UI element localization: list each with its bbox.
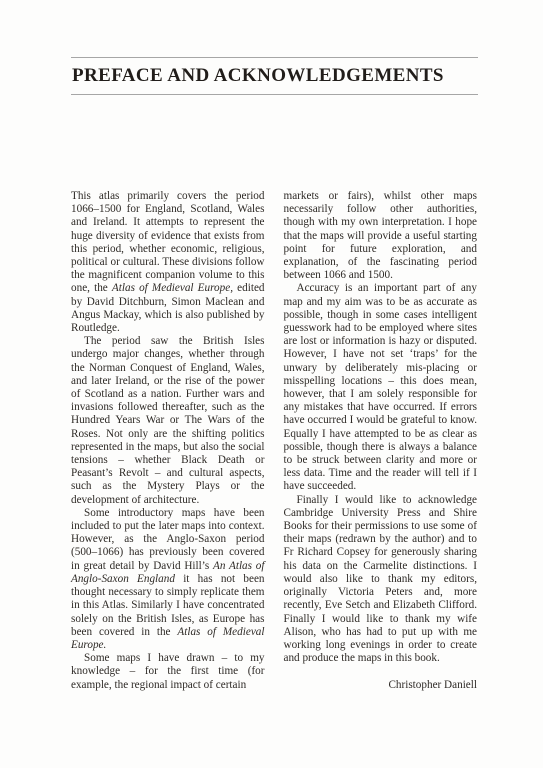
left-column: This atlas primarily covers the period 1… [71, 190, 265, 693]
body-text: Some maps I have drawn – to my knowledge… [71, 652, 265, 690]
paragraph: Some maps I have drawn – to my knowledge… [71, 652, 265, 692]
book-page: PREFACE AND ACKNOWLEDGEMENTS This atlas … [0, 0, 543, 768]
paragraph: This atlas primarily covers the period 1… [71, 190, 265, 335]
page-header: PREFACE AND ACKNOWLEDGEMENTS [71, 57, 478, 95]
paragraph: The period saw the British Isles undergo… [71, 335, 265, 507]
paragraph: markets or fairs), whilst other maps nec… [284, 190, 478, 282]
italic-text: Atlas of Medieval Europe, [112, 282, 233, 294]
signature: Christopher Daniell [284, 679, 478, 692]
body-text: This atlas primarily covers the period 1… [71, 190, 265, 294]
left-column-paragraphs: This atlas primarily covers the period 1… [71, 190, 265, 692]
page-body: This atlas primarily covers the period 1… [71, 190, 477, 693]
body-text: Finally I would like to acknowledge Camb… [284, 494, 478, 664]
body-text: markets or fairs), whilst other maps nec… [284, 190, 478, 281]
paragraph: Finally I would like to acknowledge Camb… [284, 494, 478, 666]
paragraph: Accuracy is an important part of any map… [284, 282, 478, 493]
paragraph: Some introductory maps have been include… [71, 507, 265, 652]
page-title: PREFACE AND ACKNOWLEDGEMENTS [72, 66, 478, 85]
right-column: markets or fairs), whilst other maps nec… [284, 190, 478, 693]
body-text: The period saw the British Isles undergo… [71, 335, 265, 505]
right-column-paragraphs: markets or fairs), whilst other maps nec… [284, 190, 478, 665]
body-text: Accuracy is an important part of any map… [284, 282, 478, 492]
